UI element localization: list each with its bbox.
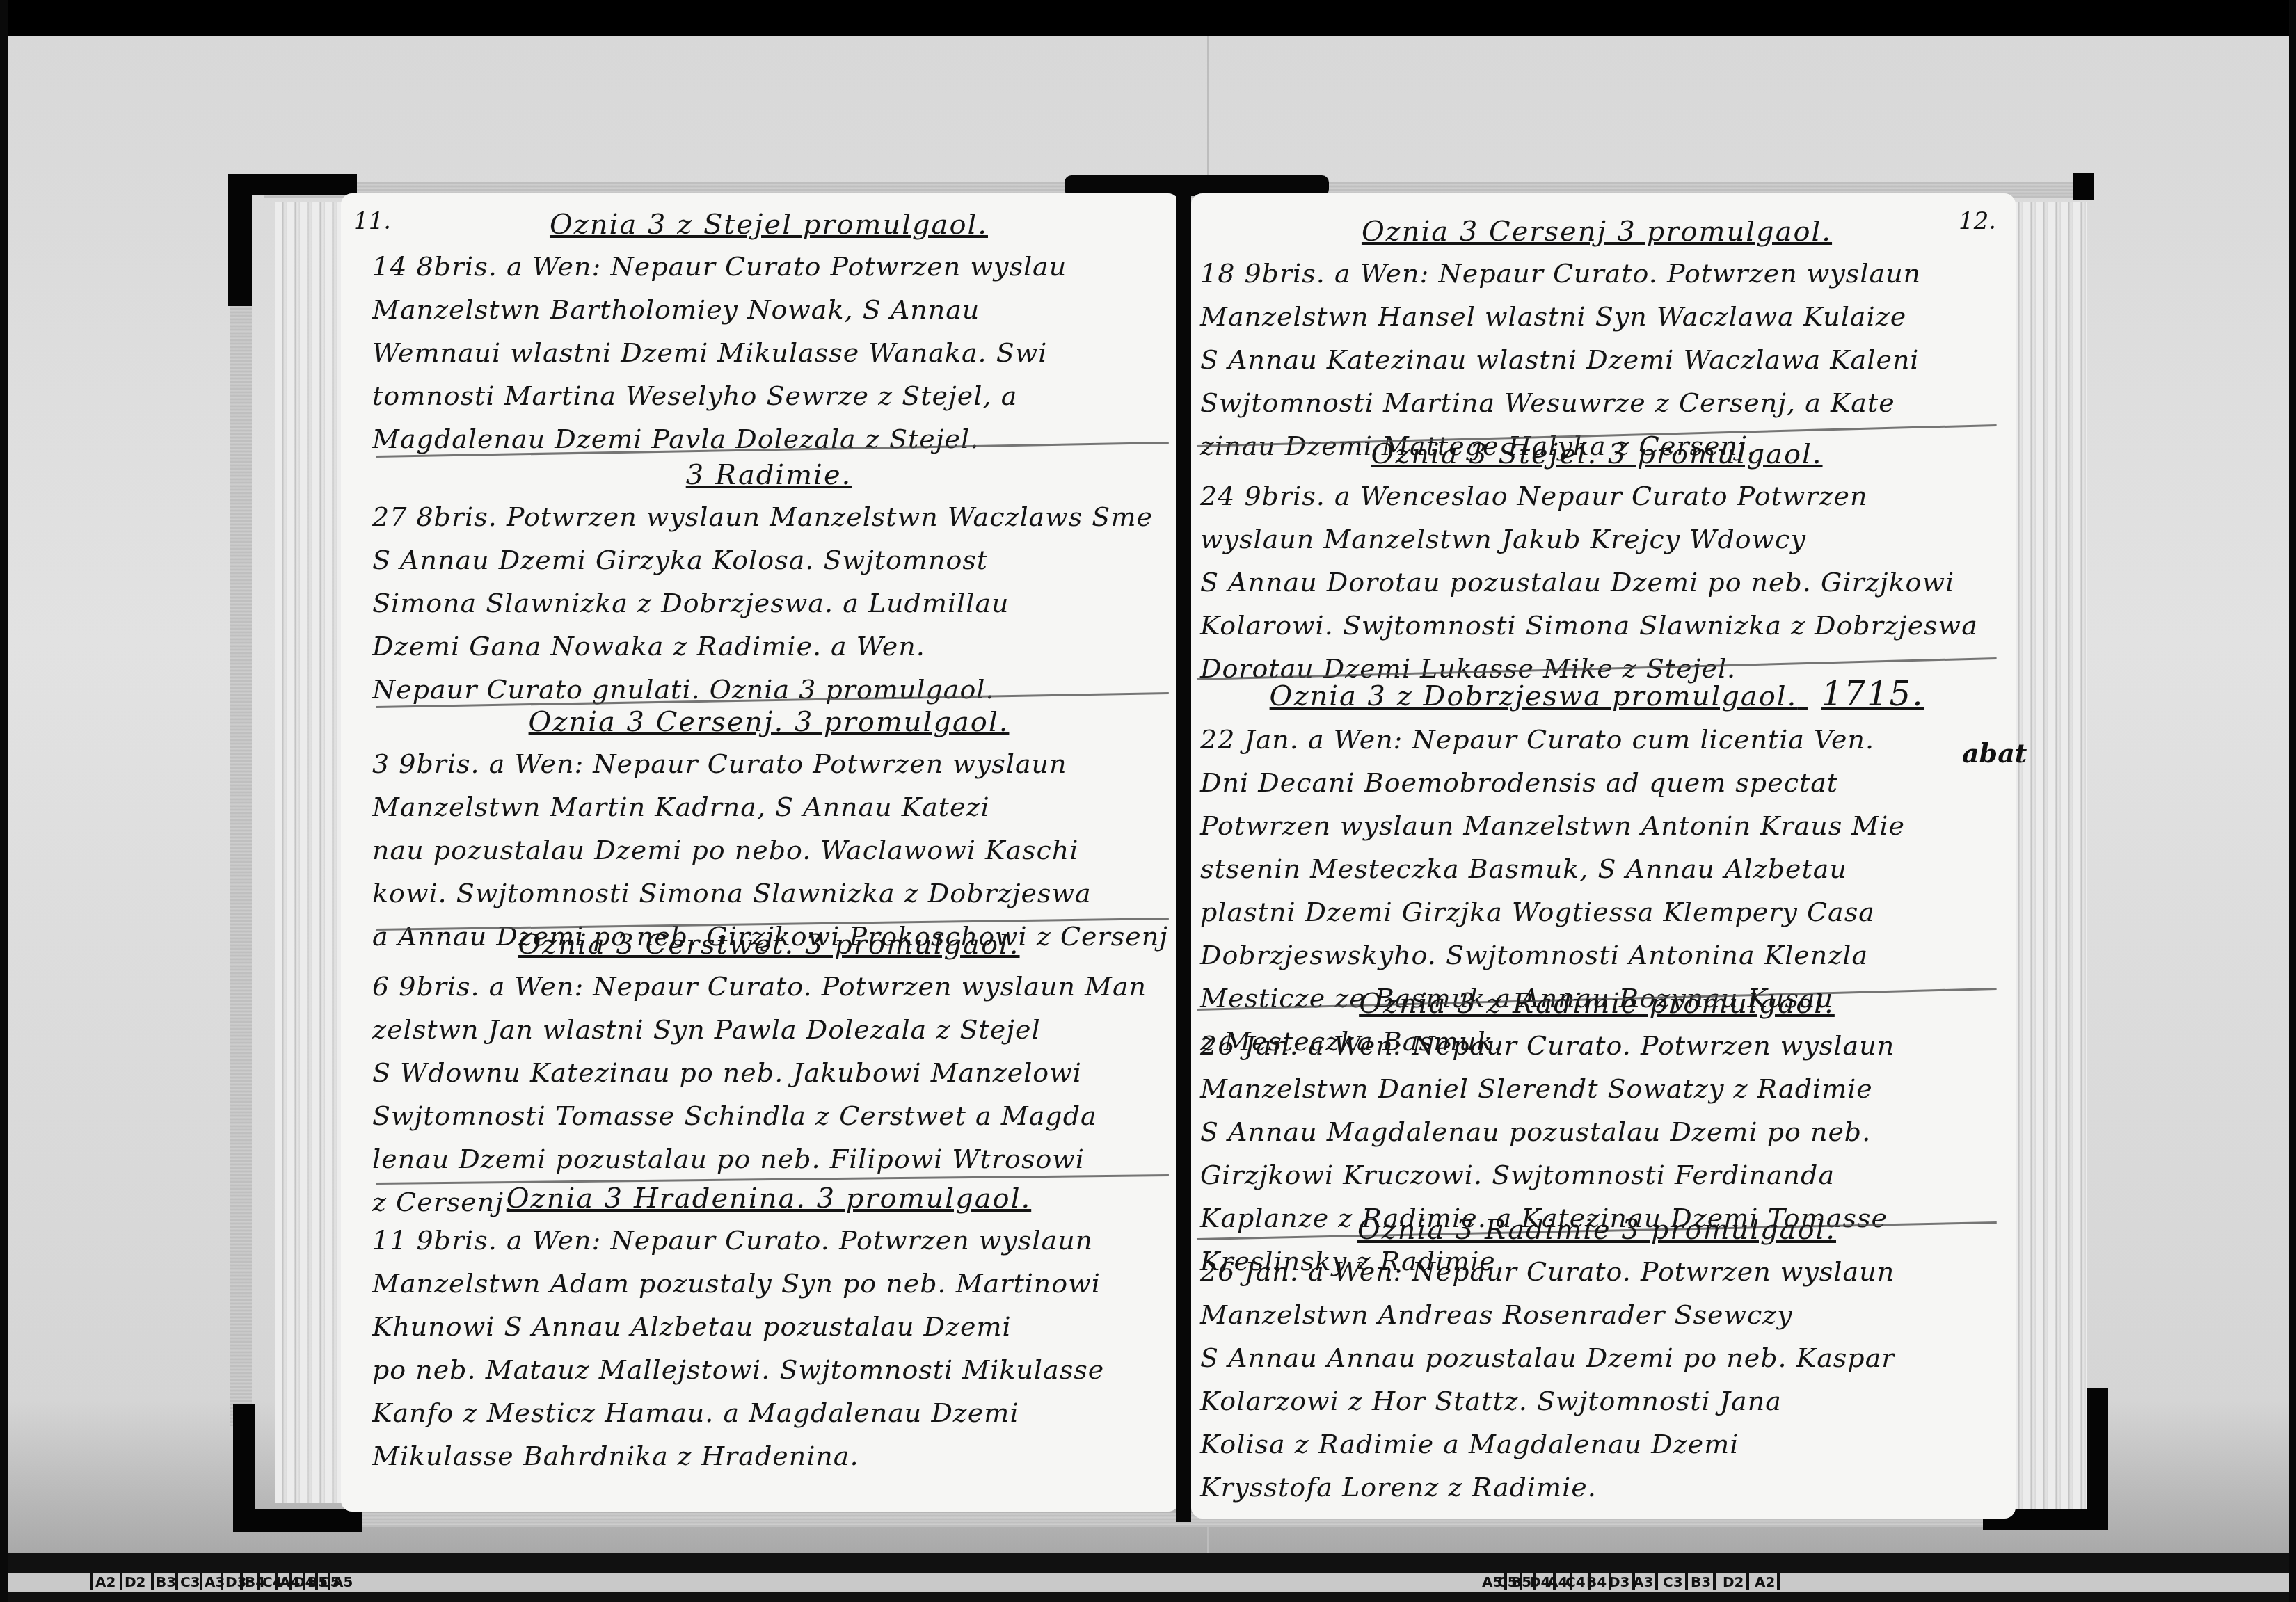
entry-line: 27 8bris. Potwrzen wyslaun Manzelstwn Wa… xyxy=(372,495,1165,538)
entry-heading: Oznia 3 z Radimie promulgaol. xyxy=(1200,988,1993,1020)
strip-label: D3 xyxy=(1609,1573,1635,1590)
entry-line: Kolarzowi z Hor Stattz. Swjtomnosti Jana xyxy=(1200,1379,1993,1423)
film-strip-labels: A2 D2 B3 C3 A3 D3 B4 C4 A4 D4 B5 C5 A5 A… xyxy=(8,1573,2289,1592)
entry-line: Kolarowi. Swjtomnosti Simona Slawnizka z… xyxy=(1200,604,1993,647)
book-gutter xyxy=(1176,186,1191,1522)
entry-line: Dzemi Gana Nowaka z Radimie. a Wen. xyxy=(372,625,1165,668)
entry-line: Manzelstwn Adam pozustaly Syn po neb. Ma… xyxy=(372,1262,1165,1305)
entry-heading: Oznia 3 Hradenina. 3 promulgaol. xyxy=(372,1183,1165,1215)
entry-line: S Wdownu Katezinau po neb. Jakubowi Manz… xyxy=(372,1051,1165,1094)
entry-line: wyslaun Manzelstwn Jakub Krejcy Wdowcy xyxy=(1200,518,1993,561)
entry-line: Manzelstwn Andreas Rosenrader Ssewczy xyxy=(1200,1293,1993,1336)
entry-line: 26 Jan. a Wen: Nepaur Curato. Potwrzen w… xyxy=(1200,1250,1993,1293)
entry-line: kowi. Swjtomnosti Simona Slawnizka z Dob… xyxy=(372,872,1165,915)
entry-line: 22 Jan. a Wen: Nepaur Curato cum licenti… xyxy=(1200,718,1993,761)
entry-line: Manzelstwn Martin Kadrna, S Annau Katezi xyxy=(372,785,1165,828)
scan-top-border xyxy=(0,0,2296,36)
entry-line: S Annau Dzemi Girzyka Kolosa. Swjtomnost xyxy=(372,538,1165,582)
right-entry-2: Oznia 3 Stejel. 3 promulgaol. 24 9bris. … xyxy=(1200,438,1993,690)
entry-line: nau pozustalau Dzemi po nebo. Waclawowi … xyxy=(372,828,1165,872)
right-page-edges xyxy=(2011,202,2087,1509)
entry-line: Wemnaui wlastni Dzemi Mikulasse Wanaka. … xyxy=(372,331,1165,374)
entry-line: plastni Dzemi Girzjka Wogtiessa Klempery… xyxy=(1200,890,1993,934)
entry-heading: Oznia 3 z Stejel promulgaol. xyxy=(372,209,1165,241)
entry-line: 6 9bris. a Wen: Nepaur Curato. Potwrzen … xyxy=(372,965,1165,1008)
entry-heading: Oznia 3 Radimie 3 promulgaol. xyxy=(1200,1214,1993,1246)
entry-heading-text: Oznia 3 z Dobrzjeswa promulgaol. xyxy=(1270,680,1798,712)
cover-corner-top-right xyxy=(2073,173,2094,200)
entry-heading: Oznia 3 Cerstwet. 3 promulgaol. xyxy=(372,929,1165,961)
entry-line: Simona Slawnizka z Dobrzjeswa. a Ludmill… xyxy=(372,582,1165,625)
strip-label: D2 xyxy=(1723,1573,1749,1590)
entry-line: lenau Dzemi pozustalau po neb. Filipowi … xyxy=(372,1137,1165,1180)
entry-line: S Annau Annau pozustalau Dzemi po neb. K… xyxy=(1200,1336,1993,1379)
entry-line: Swjtomnosti Martina Wesuwrze z Cersenj, … xyxy=(1200,381,1993,424)
left-entry-2: 3 Radimie. 27 8bris. Potwrzen wyslaun Ma… xyxy=(372,459,1165,711)
entry-line: 14 8bris. a Wen: Nepaur Curato Potwrzen … xyxy=(372,245,1165,288)
entry-line: Krysstofa Lorenz z Radimie. xyxy=(1200,1466,1993,1509)
entry-year: 1715. xyxy=(1821,675,1924,714)
cover-corner-bottom-right-v xyxy=(2087,1388,2108,1527)
entry-line: S Annau Dorotau pozustalau Dzemi po neb.… xyxy=(1200,561,1993,604)
entry-line: po neb. Matauz Mallejstowi. Swjtomnosti … xyxy=(372,1348,1165,1391)
strip-label: A2 xyxy=(90,1573,115,1590)
entry-line: Dobrzjeswskyho. Swjtomnosti Antonina Kle… xyxy=(1200,934,1993,977)
entry-line: stsenin Mesteczka Basmuk, S Annau Alzbet… xyxy=(1200,847,1993,890)
right-entry-1: Oznia 3 Cersenj 3 promulgaol. 18 9bris. … xyxy=(1200,216,1993,467)
cover-corner-top-left-v xyxy=(228,174,252,306)
entry-line: S Annau Katezinau wlastni Dzemi Waczlawa… xyxy=(1200,338,1993,381)
left-page-edges xyxy=(275,202,351,1503)
entry-line: 18 9bris. a Wen: Nepaur Curato. Potwrzen… xyxy=(1200,252,1993,295)
entry-heading: Oznia 3 Cersenj. 3 promulgaol. xyxy=(372,706,1165,738)
entry-line: Manzelstwn Hansel wlastni Syn Waczlawa K… xyxy=(1200,295,1993,338)
entry-line: Mikulasse Bahrdnika z Hradenina. xyxy=(372,1434,1165,1477)
scan-right-border xyxy=(2289,0,2296,1602)
entry-line: Kanfo z Mesticz Hamau. a Magdalenau Dzem… xyxy=(372,1391,1165,1434)
entry-heading: 3 Radimie. xyxy=(372,459,1165,491)
entry-line: 11 9bris. a Wen: Nepaur Curato. Potwrzen… xyxy=(372,1219,1165,1262)
entry-line: tomnosti Martina Weselyho Sewrze z Steje… xyxy=(372,374,1165,417)
left-entry-1: Oznia 3 z Stejel promulgaol. 14 8bris. a… xyxy=(372,209,1165,460)
entry-line: Potwrzen wyslaun Manzelstwn Antonin Krau… xyxy=(1200,804,1993,847)
strip-label: A5 xyxy=(328,1573,353,1590)
strip-label: D2 xyxy=(120,1573,146,1590)
strip-label: C3 xyxy=(1663,1573,1688,1590)
entry-line: Manzelstwn Daniel Slerendt Sowatzy z Rad… xyxy=(1200,1067,1993,1110)
cloth-binding-left xyxy=(230,299,252,1426)
entry-line: zelstwn Jan wlastni Syn Pawla Dolezala z… xyxy=(372,1008,1165,1051)
strip-label: C3 xyxy=(175,1573,200,1590)
entry-line: Manzelstwn Bartholomiey Nowak, S Annau xyxy=(372,288,1165,331)
strip-label: B4 xyxy=(1586,1573,1611,1590)
entry-line: 24 9bris. a Wenceslao Nepaur Curato Potw… xyxy=(1200,474,1993,518)
entry-line: Kolisa z Radimie a Magdalenau Dzemi xyxy=(1200,1423,1993,1466)
entry-line: Girzjkowi Kruczowi. Swjtomnosti Ferdinan… xyxy=(1200,1153,1993,1196)
strip-label: B3 xyxy=(1691,1573,1716,1590)
scan-left-border xyxy=(0,0,8,1602)
entry-heading: Oznia 3 z Dobrzjeswa promulgaol. 1715. xyxy=(1200,675,1993,714)
strip-label: A3 xyxy=(1633,1573,1658,1590)
cover-corner-bottom-left-h xyxy=(233,1509,362,1532)
entry-line: Swjtomnosti Tomasse Schindla z Cerstwet … xyxy=(372,1094,1165,1137)
margin-note: abat xyxy=(1962,737,2027,769)
entry-line: Khunowi S Annau Alzbetau pozustalau Dzem… xyxy=(372,1305,1165,1348)
entry-heading: Oznia 3 Cersenj 3 promulgaol. xyxy=(1200,216,1993,248)
strip-label: A2 xyxy=(1755,1573,1780,1590)
entry-line: Dni Decani Boemobrodensis ad quem specta… xyxy=(1200,761,1993,804)
strip-label: B3 xyxy=(151,1573,176,1590)
entry-heading: Oznia 3 Stejel. 3 promulgaol. xyxy=(1200,438,1993,470)
entry-line: 26 Jan. a Wen: Nepaur Curato. Potwrzen w… xyxy=(1200,1024,1993,1067)
left-entry-5: Oznia 3 Hradenina. 3 promulgaol. 11 9bri… xyxy=(372,1183,1165,1477)
right-entry-5: Oznia 3 Radimie 3 promulgaol. 26 Jan. a … xyxy=(1200,1214,1993,1509)
entry-line: S Annau Magdalenau pozustalau Dzemi po n… xyxy=(1200,1110,1993,1153)
entry-line: 3 9bris. a Wen: Nepaur Curato Potwrzen w… xyxy=(372,742,1165,785)
